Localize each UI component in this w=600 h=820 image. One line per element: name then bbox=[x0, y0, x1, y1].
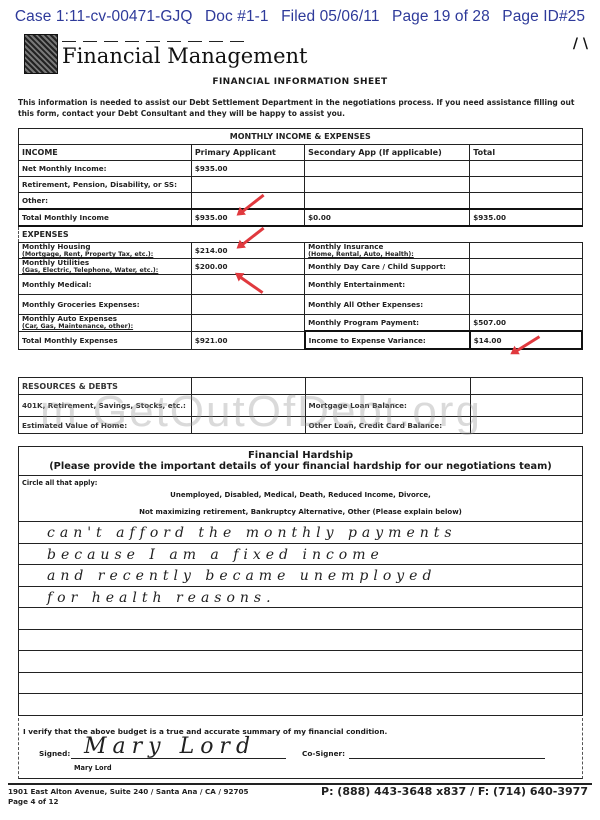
handwritten-line[interactable]: and recently became unemployed bbox=[19, 565, 582, 587]
column-header-total: Total bbox=[470, 145, 582, 161]
doc-number: Doc #1-1 bbox=[205, 8, 269, 25]
secondary-field[interactable] bbox=[305, 177, 470, 193]
primary-field[interactable] bbox=[191, 177, 304, 193]
retirement-savings-field[interactable] bbox=[192, 395, 305, 417]
sheet-title: FINANCIAL INFORMATION SHEET bbox=[0, 77, 600, 87]
table-row: Monthly Groceries Expenses: Monthly All … bbox=[19, 295, 583, 315]
blank-line[interactable] bbox=[19, 651, 582, 673]
blank-line[interactable] bbox=[19, 630, 582, 652]
row-label: Total Monthly Income bbox=[19, 209, 192, 226]
financial-hardship-section: Financial Hardship (Please provide the i… bbox=[18, 446, 583, 716]
total-expenses-value: $921.00 bbox=[191, 331, 304, 349]
company-name: Financial Management bbox=[62, 44, 308, 68]
company-logo-icon bbox=[24, 34, 58, 74]
auto-field[interactable] bbox=[191, 315, 304, 332]
variance-label: Income to Expense Variance: bbox=[305, 331, 470, 349]
primary-total-income: $935.00 bbox=[191, 209, 304, 226]
program-payment-field[interactable]: $507.00 bbox=[470, 315, 582, 332]
intro-text: This information is needed to assist our… bbox=[18, 97, 588, 119]
total-field[interactable] bbox=[470, 161, 582, 177]
table-row: Net Monthly Income: $935.00 bbox=[19, 161, 583, 177]
income-expenses-table: MONTHLY INCOME & EXPENSES INCOME Primary… bbox=[18, 128, 583, 350]
row-label: Monthly Auto Expenses(Car, Gas, Maintena… bbox=[19, 315, 192, 332]
secondary-field[interactable] bbox=[305, 161, 470, 177]
other-expenses-field[interactable] bbox=[470, 295, 582, 315]
row-label: Monthly Utilities(Gas, Electric, Telepho… bbox=[19, 259, 192, 275]
entertainment-field[interactable] bbox=[470, 275, 582, 295]
secondary-field[interactable] bbox=[305, 193, 470, 210]
childcare-field[interactable] bbox=[470, 259, 582, 275]
hardship-options-line-1[interactable]: Unemployed, Disabled, Medical, Death, Re… bbox=[19, 487, 582, 504]
total-income-row: Total Monthly Income $935.00 $0.00 $935.… bbox=[19, 209, 583, 226]
row-label: Monthly Medical: bbox=[19, 275, 192, 295]
hardship-explanation-lines[interactable]: can't afford the monthly payments becaus… bbox=[19, 521, 582, 715]
table-row: Monthly Utilities(Gas, Electric, Telepho… bbox=[19, 259, 583, 275]
signature-line[interactable] bbox=[71, 758, 286, 759]
table-row: Monthly Housing(Mortgage, Rent, Property… bbox=[19, 243, 583, 259]
cosigner-label: Co-Signer: bbox=[302, 749, 345, 758]
insurance-field[interactable] bbox=[470, 243, 582, 259]
table-row: Other: bbox=[19, 193, 583, 210]
total-field[interactable] bbox=[470, 177, 582, 193]
grand-total-income: $935.00 bbox=[470, 209, 582, 226]
row-label: Other Loan, Credit Card Balance: bbox=[305, 417, 470, 434]
blank-line[interactable] bbox=[19, 673, 582, 695]
section-title: MONTHLY INCOME & EXPENSES bbox=[19, 129, 583, 145]
hardship-subtitle: (Please provide the important details of… bbox=[19, 461, 582, 476]
signature[interactable]: Mary Lord bbox=[84, 734, 256, 759]
case-number: Case 1:11-cv-00471-GJQ bbox=[15, 8, 193, 25]
total-expenses-row: Total Monthly Expenses $921.00 Income to… bbox=[19, 331, 583, 349]
column-header-income: INCOME bbox=[19, 145, 192, 161]
verification-section: I verify that the above budget is a true… bbox=[18, 718, 583, 779]
handwritten-line[interactable]: can't afford the monthly payments bbox=[19, 522, 582, 544]
table-row: Estimated Value of Home: Other Loan, Cre… bbox=[19, 417, 583, 434]
expenses-heading: EXPENSES bbox=[19, 226, 583, 243]
filed-date: Filed 05/06/11 bbox=[281, 8, 380, 25]
row-label: Monthly Program Payment: bbox=[305, 315, 470, 332]
blank-line[interactable] bbox=[19, 694, 582, 715]
row-label: Mortgage Loan Balance: bbox=[305, 395, 470, 417]
handwritten-line[interactable]: because I am a fixed income bbox=[19, 544, 582, 566]
table-row: Monthly Medical: Monthly Entertainment: bbox=[19, 275, 583, 295]
blank-line[interactable] bbox=[19, 608, 582, 630]
housing-field[interactable]: $214.00 bbox=[191, 243, 304, 259]
secondary-total-income: $0.00 bbox=[305, 209, 470, 226]
row-label: Estimated Value of Home: bbox=[19, 417, 192, 434]
court-filing-stamp: Case 1:11-cv-00471-GJQ Doc #1-1 Filed 05… bbox=[0, 8, 600, 26]
total-field[interactable] bbox=[470, 193, 582, 210]
column-header-secondary: Secondary App (If applicable) bbox=[305, 145, 470, 161]
row-label: Monthly Entertainment: bbox=[305, 275, 470, 295]
groceries-field[interactable] bbox=[191, 295, 304, 315]
column-header-primary: Primary Applicant bbox=[191, 145, 304, 161]
primary-field[interactable]: $935.00 bbox=[191, 161, 304, 177]
page-id: Page ID#25 bbox=[502, 8, 585, 25]
utilities-field[interactable]: $200.00 bbox=[191, 259, 304, 275]
row-label: Total Monthly Expenses bbox=[19, 331, 192, 349]
mortgage-balance-field[interactable] bbox=[470, 395, 582, 417]
corner-marks: / \ bbox=[573, 36, 588, 52]
resources-debts-table: RESOURCES & DEBTS 401K, Retirement, Savi… bbox=[18, 377, 583, 434]
hardship-options-line-2[interactable]: Not maximizing retirement, Bankruptcy Al… bbox=[19, 504, 582, 521]
cosigner-signature-line[interactable] bbox=[349, 758, 545, 759]
address: 1901 East Alton Avenue, Suite 240 / Sant… bbox=[8, 787, 248, 797]
row-label: Monthly Groceries Expenses: bbox=[19, 295, 192, 315]
footer-address: 1901 East Alton Avenue, Suite 240 / Sant… bbox=[8, 787, 248, 807]
row-label: Other: bbox=[19, 193, 192, 210]
row-label: Monthly Insurance(Home, Rental, Auto, He… bbox=[305, 243, 470, 259]
signer-name: Mary Lord bbox=[74, 764, 112, 772]
page-count: Page 19 of 28 bbox=[392, 8, 490, 25]
row-label: Monthly Housing(Mortgage, Rent, Property… bbox=[19, 243, 192, 259]
phone-fax: P: (888) 443-3648 x837 / F: (714) 640-39… bbox=[321, 785, 588, 798]
signed-label: Signed: bbox=[39, 749, 70, 758]
row-label: 401K, Retirement, Savings, Stocks, etc.: bbox=[19, 395, 192, 417]
handwritten-line[interactable]: for health reasons. bbox=[19, 587, 582, 609]
row-label: Net Monthly Income: bbox=[19, 161, 192, 177]
table-row: Monthly Auto Expenses(Car, Gas, Maintena… bbox=[19, 315, 583, 332]
table-row: 401K, Retirement, Savings, Stocks, etc.:… bbox=[19, 395, 583, 417]
row-label: Retirement, Pension, Disability, or SS: bbox=[19, 177, 192, 193]
home-value-field[interactable] bbox=[192, 417, 305, 434]
hardship-title: Financial Hardship bbox=[19, 447, 582, 461]
row-label: Monthly All Other Expenses: bbox=[305, 295, 470, 315]
resources-heading: RESOURCES & DEBTS bbox=[19, 378, 192, 395]
cropped-company-wordmark bbox=[62, 30, 262, 42]
circle-all-label: Circle all that apply: bbox=[19, 476, 582, 487]
table-row: Retirement, Pension, Disability, or SS: bbox=[19, 177, 583, 193]
other-loan-balance-field[interactable] bbox=[470, 417, 582, 434]
page-number: Page 4 of 12 bbox=[8, 797, 248, 807]
row-label: Monthly Day Care / Child Support: bbox=[305, 259, 470, 275]
